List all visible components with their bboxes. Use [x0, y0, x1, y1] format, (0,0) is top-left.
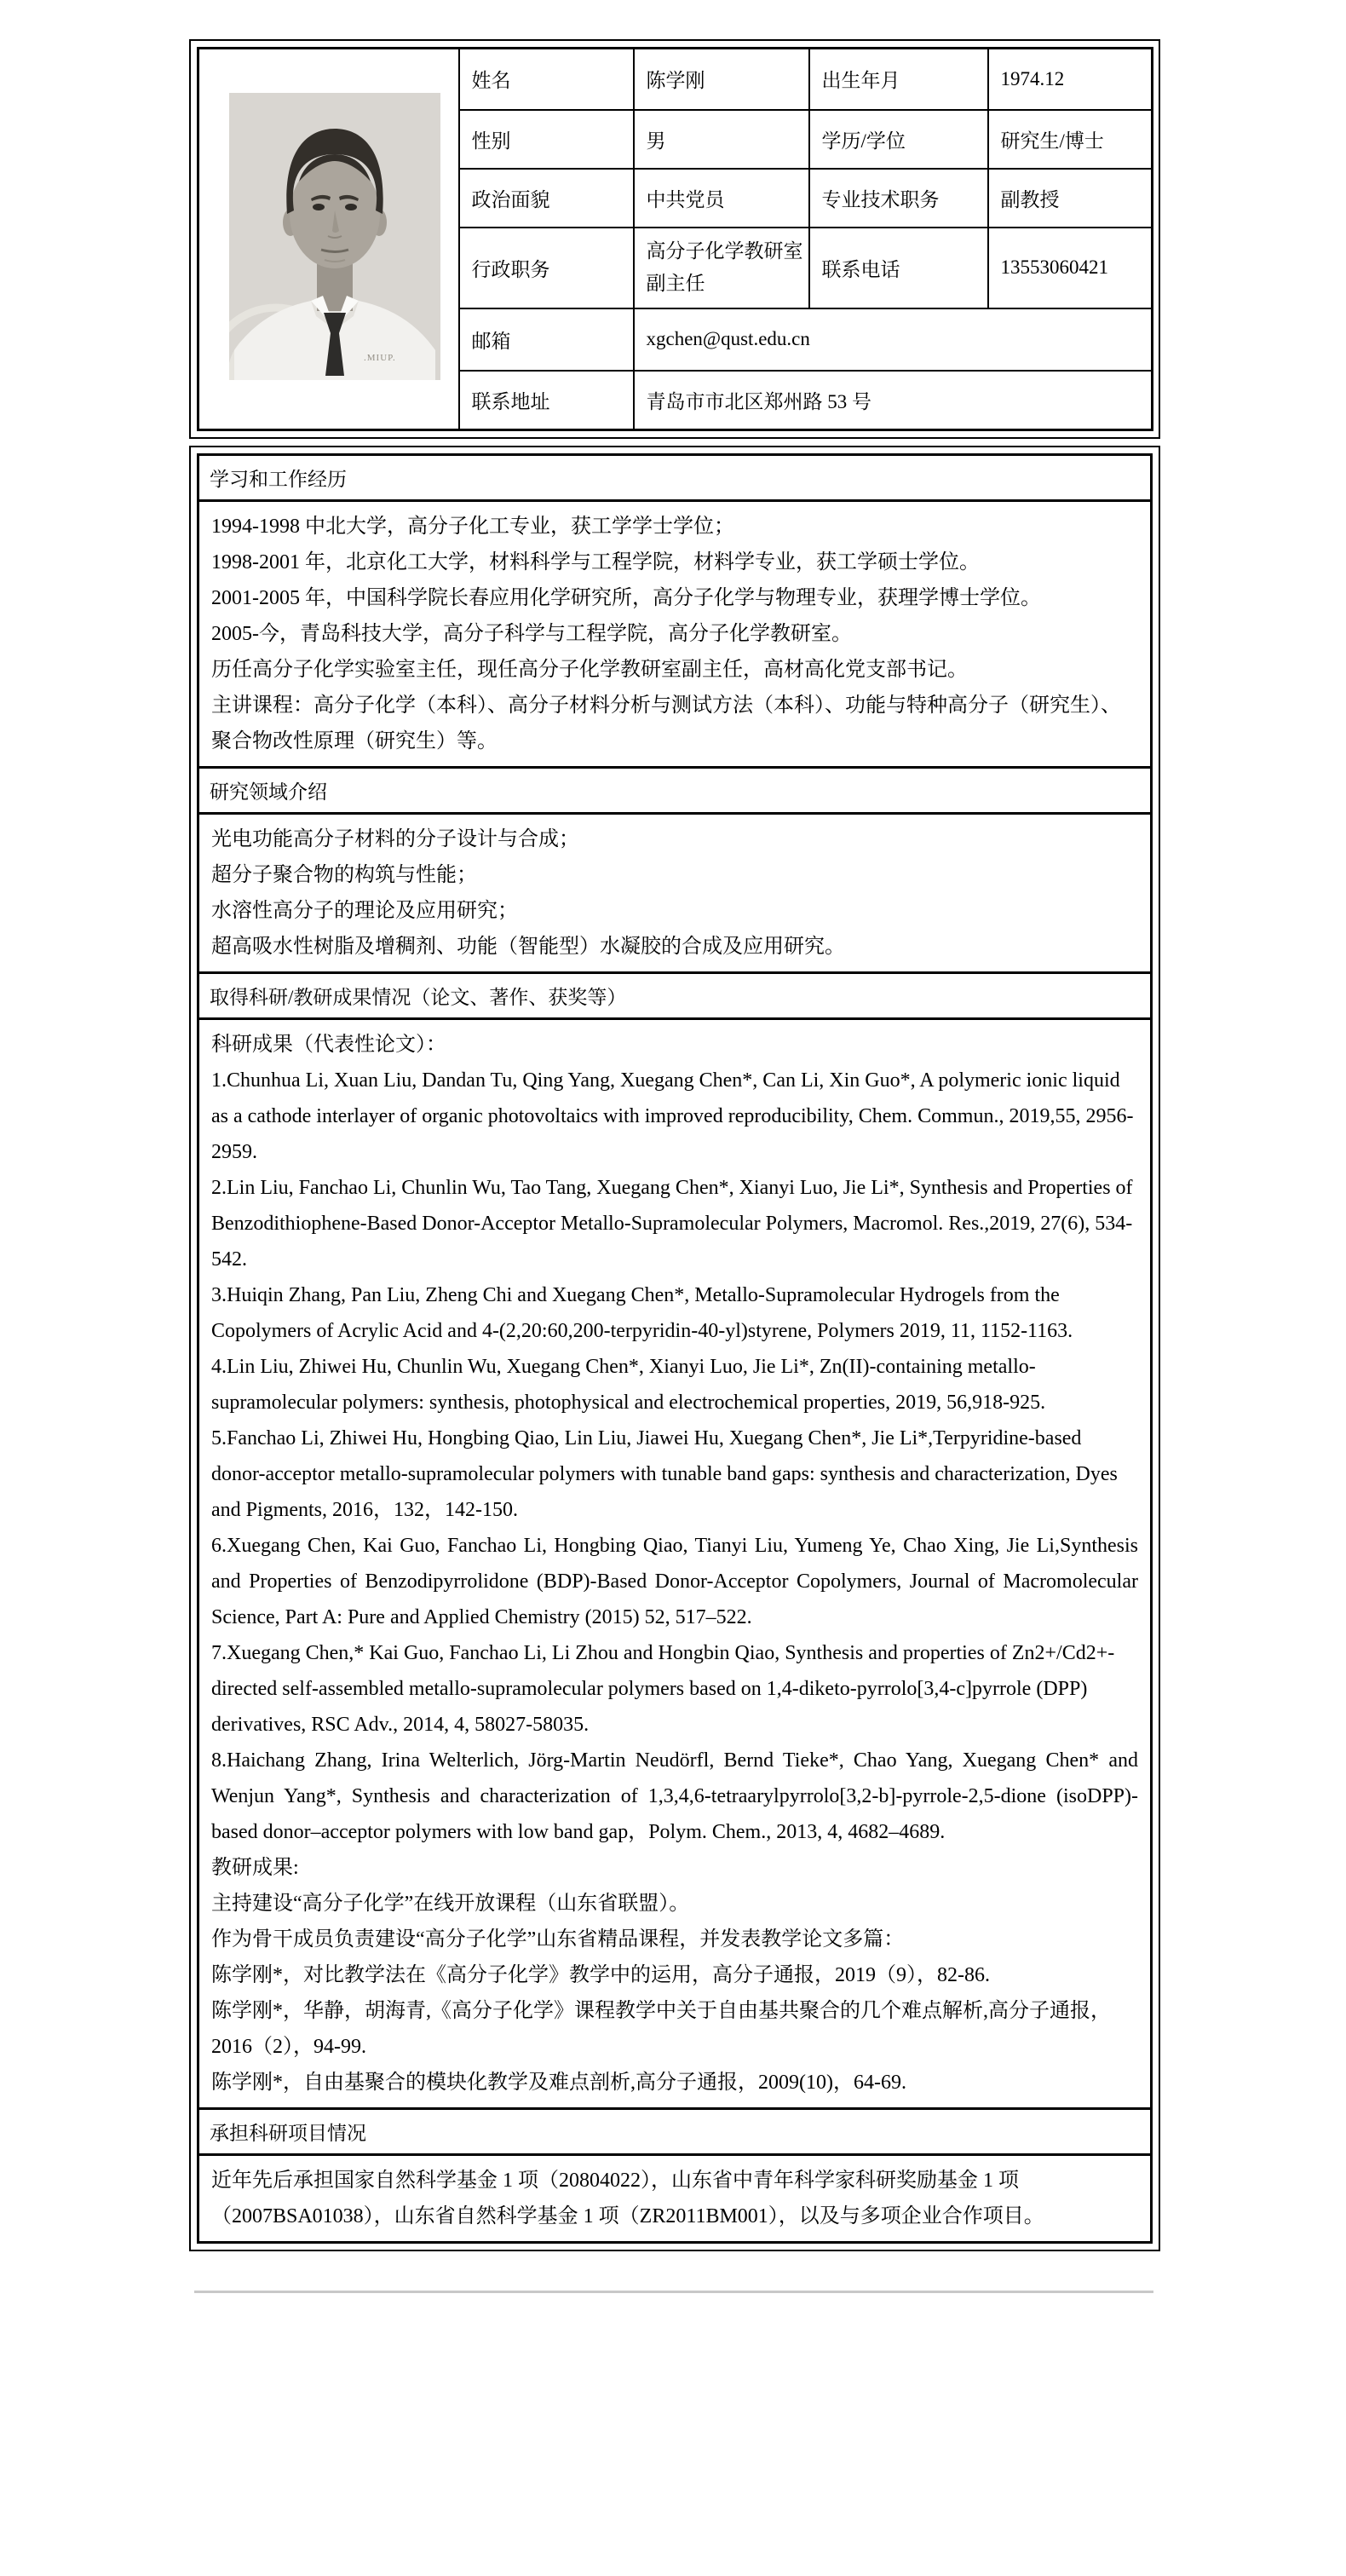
gender-value: 男 [634, 110, 809, 169]
political-status-value: 中共党员 [634, 169, 809, 228]
publication-item: 6.Xuegang Chen, Kai Guo, Fanchao Li, Hon… [211, 1528, 1138, 1635]
teaching-paper-item: 陈学刚*，自由基聚合的模块化教学及难点剖析,高分子通报，2009(10)，64-… [211, 2065, 1138, 2101]
sections-table-frame: 学习和工作经历 1994-1998 中北大学，高分子化工专业，获工学学士学位； … [189, 446, 1160, 2251]
professional-title-value: 副教授 [988, 169, 1153, 228]
email-label: 邮箱 [459, 308, 634, 371]
degree-value: 研究生/博士 [988, 110, 1153, 169]
phone-value: 13553060421 [988, 228, 1153, 308]
name-value: 陈学刚 [634, 49, 809, 110]
phone-label: 联系电话 [809, 228, 988, 308]
publication-item: 7.Xuegang Chen,* Kai Guo, Fanchao Li, Li… [211, 1635, 1138, 1743]
publication-item: 8.Haichang Zhang, Irina Welterlich, Jörg… [211, 1743, 1138, 1850]
section-paragraph: 超分子聚合物的构筑与性能； [211, 857, 1138, 893]
name-label: 姓名 [459, 49, 634, 110]
birth-label: 出生年月 [809, 49, 988, 110]
section-paragraph: 1998-2001 年，北京化工大学，材料科学与工程学院，材料学专业，获工学硕士… [211, 545, 1138, 580]
teaching-paper-item: 陈学刚*，对比教学法在《高分子化学》教学中的运用，高分子通报，2019（9），8… [211, 1957, 1138, 1993]
section-paragraph: 主持建设“高分子化学”在线开放课程（山东省联盟）。 [211, 1886, 1138, 1922]
publication-item: 4.Lin Liu, Zhiwei Hu, Chunlin Wu, Xuegan… [211, 1349, 1138, 1421]
address-label: 联系地址 [459, 371, 634, 430]
section-paragraph: 2005-今，青岛科技大学，高分子科学与工程学院，高分子化学教研室。 [211, 616, 1138, 652]
publication-item: 5.Fanchao Li, Zhiwei Hu, Hongbing Qiao, … [211, 1421, 1138, 1528]
portrait-photo: .MIUP. [229, 93, 440, 380]
section-paragraph: 科研成果（代表性论文）： [211, 1027, 1138, 1063]
teaching-paper-item: 陈学刚*，华静，胡海青,《高分子化学》课程教学中关于自由基共聚合的几个难点解析,… [211, 1993, 1138, 2065]
section-paragraph: 1994-1998 中北大学，高分子化工专业，获工学学士学位； [211, 509, 1138, 545]
section-content-research-areas: 光电功能高分子材料的分子设计与合成； 超分子聚合物的构筑与性能； 水溶性高分子的… [199, 815, 1150, 974]
section-title-research-areas: 研究领域介绍 [199, 769, 1150, 815]
section-paragraph: 超高吸水性树脂及增稠剂、功能（智能型）水凝胶的合成及应用研究。 [211, 929, 1138, 965]
info-table-frame: .MIUP. 姓名 陈学刚 出生年月 1974.12 性别 男 学历/学位 研究… [189, 39, 1160, 439]
degree-label: 学历/学位 [809, 110, 988, 169]
bottom-divider [194, 2291, 1153, 2293]
political-status-label: 政治面貌 [459, 169, 634, 228]
table-gap [0, 439, 1346, 446]
section-paragraph: 作为骨干成员负责建设“高分子化学”山东省精品课程，并发表教学论文多篇： [211, 1922, 1138, 1957]
section-title-projects: 承担科研项目情况 [199, 2110, 1150, 2156]
section-content-education: 1994-1998 中北大学，高分子化工专业，获工学学士学位； 1998-200… [199, 502, 1150, 769]
section-paragraph: 近年先后承担国家自然科学基金 1 项（20804022），山东省中青年科学家科研… [211, 2163, 1138, 2234]
publication-item: 3.Huiqin Zhang, Pan Liu, Zheng Chi and X… [211, 1277, 1138, 1349]
section-paragraph: 光电功能高分子材料的分子设计与合成； [211, 821, 1138, 857]
section-title-education: 学习和工作经历 [199, 456, 1150, 502]
section-content-projects: 近年先后承担国家自然科学基金 1 项（20804022），山东省中青年科学家科研… [199, 2156, 1150, 2241]
email-value: xgchen@qust.edu.cn [634, 308, 1153, 371]
sections-table: 学习和工作经历 1994-1998 中北大学，高分子化工专业，获工学学士学位； … [197, 453, 1153, 2244]
section-paragraph: 水溶性高分子的理论及应用研究； [211, 893, 1138, 929]
section-paragraph: 教研成果: [211, 1850, 1138, 1886]
publication-item: 2.Lin Liu, Fanchao Li, Chunlin Wu, Tao T… [211, 1170, 1138, 1277]
address-value: 青岛市市北区郑州路 53 号 [634, 371, 1153, 430]
info-table: .MIUP. 姓名 陈学刚 出生年月 1974.12 性别 男 学历/学位 研究… [197, 47, 1153, 431]
publication-item: 1.Chunhua Li, Xuan Liu, Dandan Tu, Qing … [211, 1063, 1138, 1170]
section-paragraph: 主讲课程：高分子化学（本科）、高分子材料分析与测试方法（本科）、功能与特种高分子… [211, 688, 1138, 759]
section-paragraph: 历任高分子化学实验室主任，现任高分子化学教研室副主任，高材高化党支部书记。 [211, 652, 1138, 688]
section-title-achievements: 取得科研/教研成果情况（论文、著作、获奖等） [199, 974, 1150, 1020]
gender-label: 性别 [459, 110, 634, 169]
birth-value: 1974.12 [988, 49, 1153, 110]
section-paragraph: 2001-2005 年，中国科学院长春应用化学研究所，高分子化学与物理专业，获理… [211, 580, 1138, 616]
admin-post-label: 行政职务 [459, 228, 634, 308]
svg-text:.MIUP.: .MIUP. [364, 353, 396, 363]
admin-post-value: 高分子化学教研室副主任 [634, 228, 809, 308]
professional-title-label: 专业技术职务 [809, 169, 988, 228]
photo-cell: .MIUP. [198, 49, 459, 430]
section-content-achievements: 科研成果（代表性论文）： 1.Chunhua Li, Xuan Liu, Dan… [199, 1020, 1150, 2110]
